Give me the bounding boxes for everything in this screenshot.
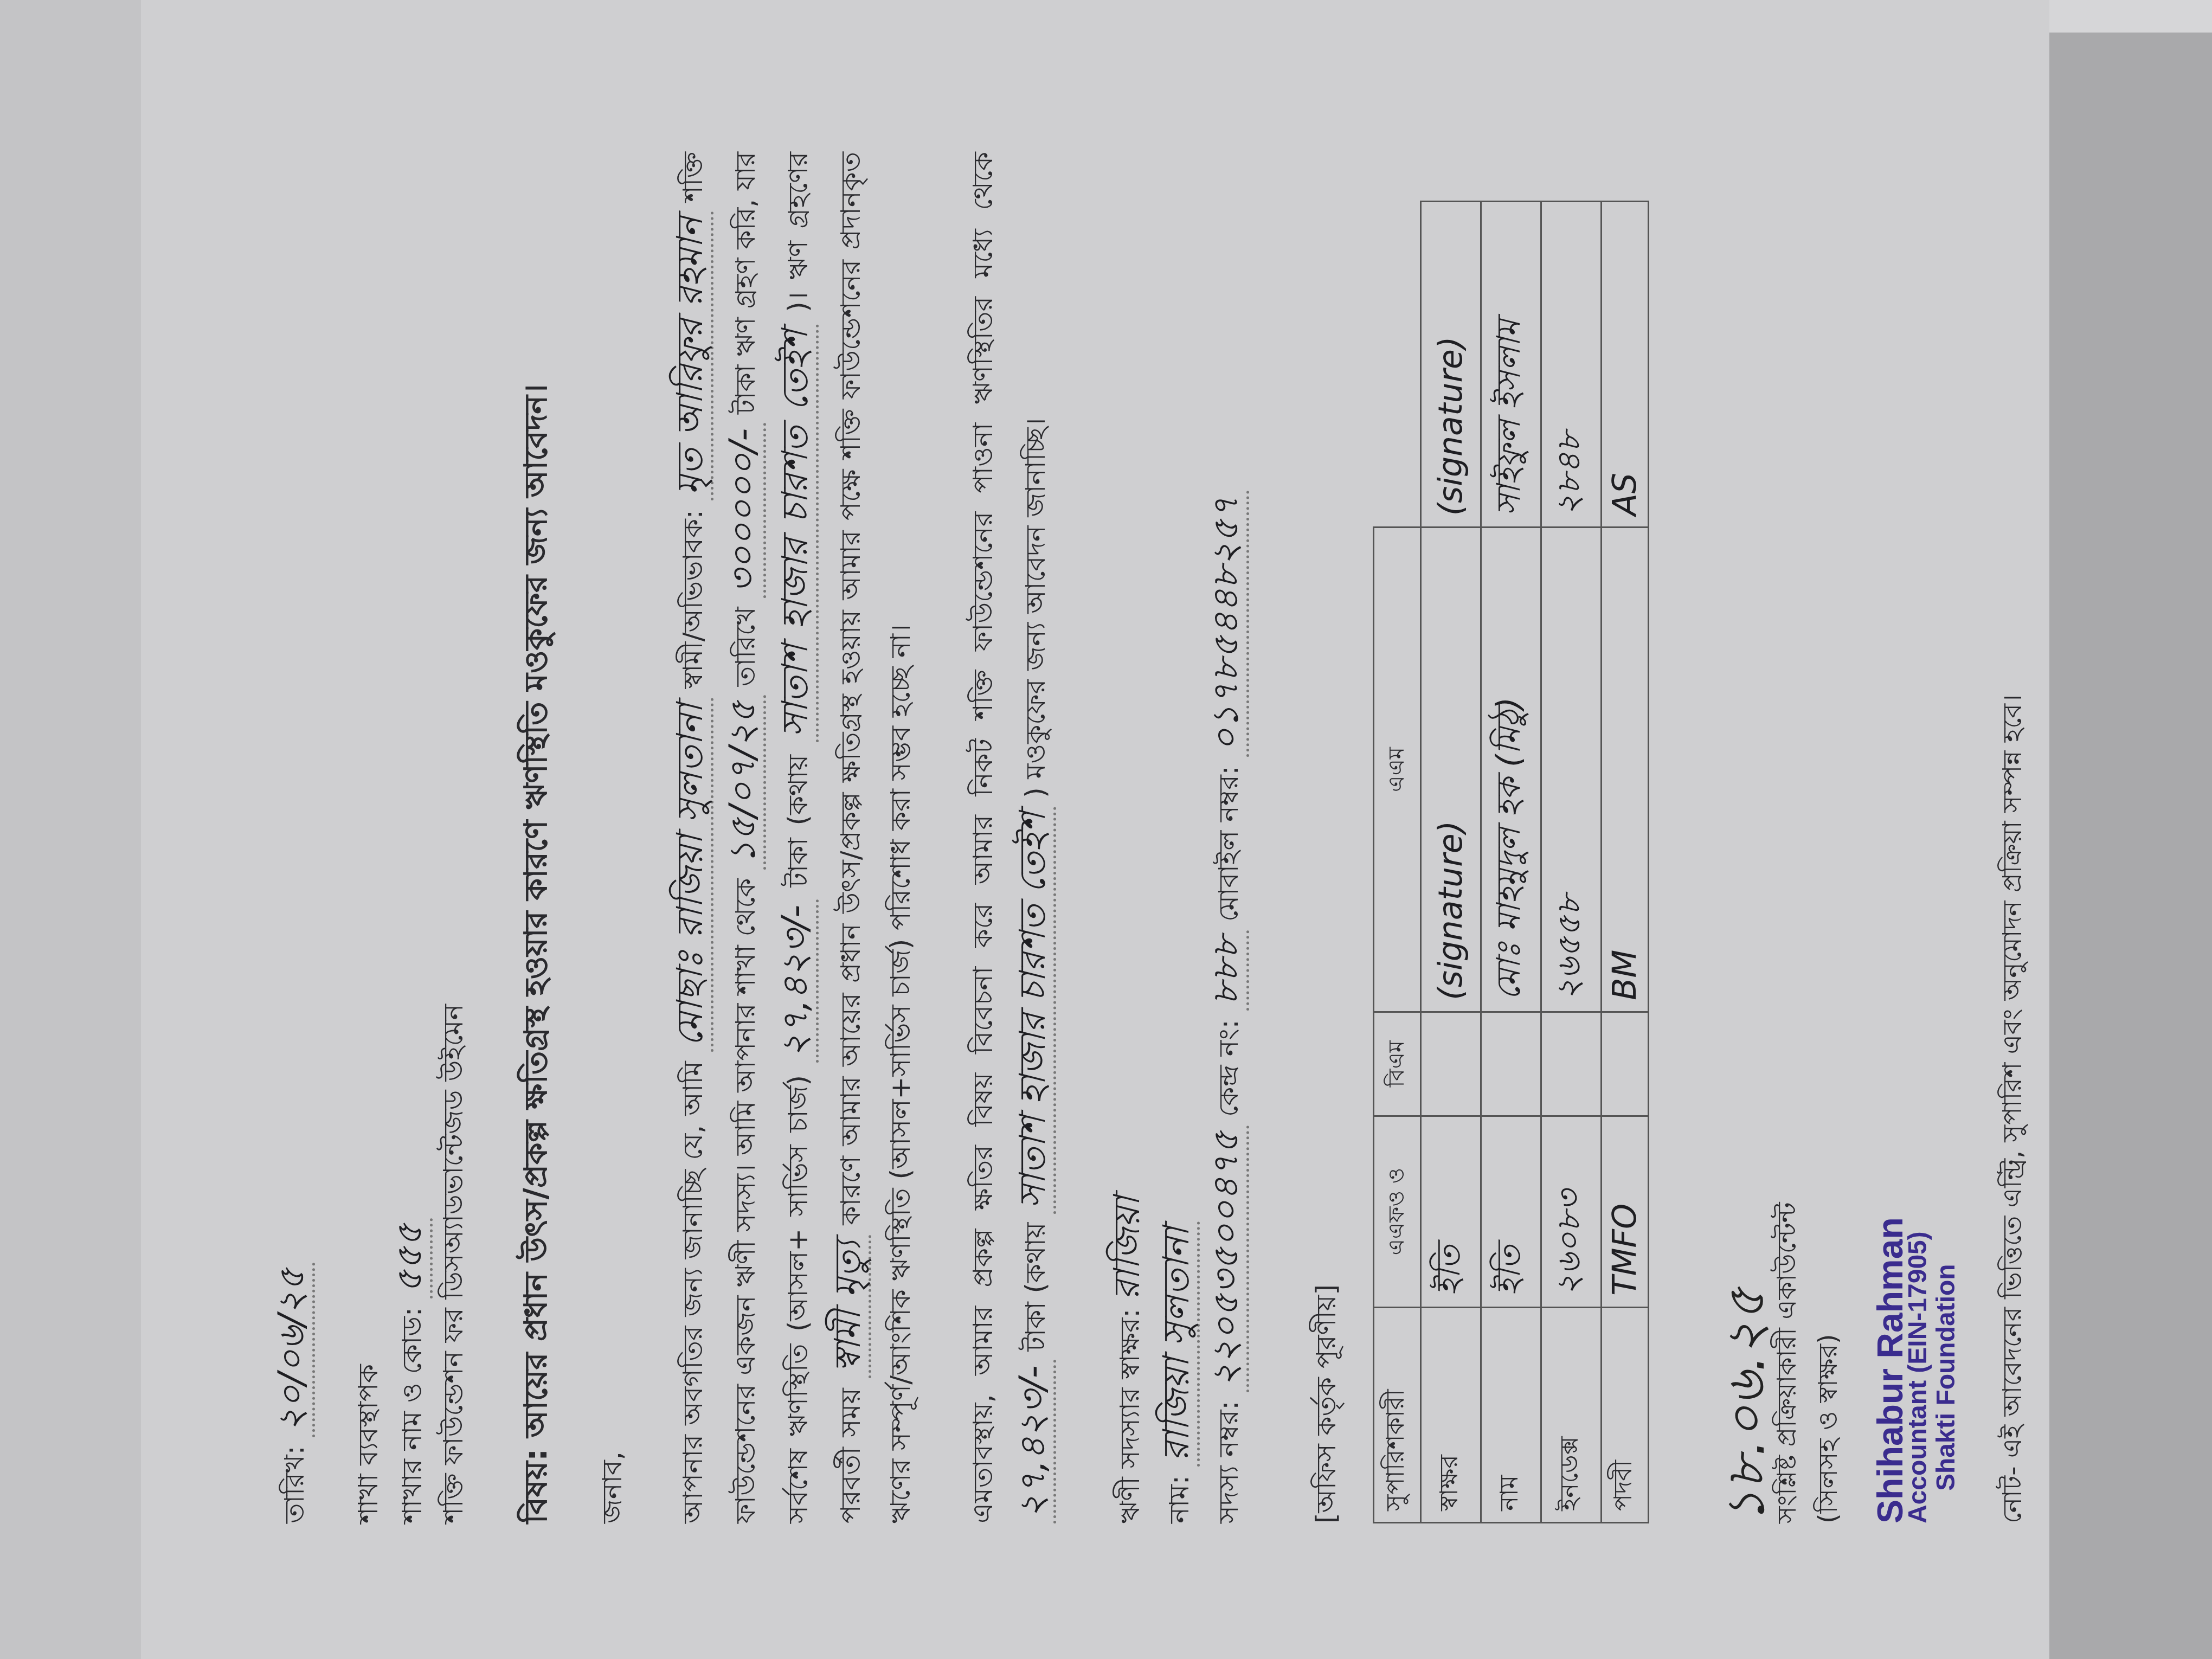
date-label: তারিখ:: [279, 1445, 310, 1523]
name-cell: [1481, 1012, 1541, 1116]
loan-date-field: ১৫/০৭/২৫: [722, 695, 766, 870]
signature-cell: (signature): [1421, 528, 1481, 1012]
para1-text: আপনার অবগতির জন্য জানাচ্ছি যে, আমি: [677, 1061, 709, 1523]
row-label: ইনডেক্স: [1541, 1307, 1602, 1522]
name-cell: মোঃ মাহমুদুল হক (মিঠু): [1481, 528, 1541, 1012]
table-header-row: সুপারিশকারী এএফও ও বিএম এএম: [1374, 202, 1421, 1523]
stamp-name: Shihabur Rahman: [1876, 152, 1904, 1523]
footer-note: নোট- এই আবেদনের ভিত্তিতে এন্ট্রি, সুপারি…: [1993, 152, 2036, 1523]
date-value: ২০/০৬/২৫: [271, 1263, 315, 1437]
center-value: ৮৮৮: [1205, 930, 1249, 1011]
paragraph-application: আপনার অবগতির জন্য জানাচ্ছি যে, আমি মোছাঃ…: [665, 152, 925, 1523]
name-cell: সাইফুল ইসলাম: [1481, 202, 1541, 528]
signature-cell: [1421, 1012, 1481, 1116]
branch-label: শাখার নাম ও কোড:: [396, 1307, 428, 1523]
member-id-value: ২২০৫৩৫০০৪৭৫: [1205, 1126, 1249, 1392]
para1-text: স্বামী/অভিভাবক:: [677, 510, 709, 689]
member-sign-label: ঋণী সদস্যার স্বাক্ষর:: [1114, 1309, 1146, 1523]
header-cell: এএম: [1374, 528, 1421, 1012]
signature-cell: (signature): [1421, 202, 1481, 528]
para2-text: ) মওকুফের জন্য আবেদন জানাচ্ছি।: [1020, 418, 1051, 798]
stamp-title: Accountant (EIN-17905): [1904, 152, 1932, 1523]
member-signature: রাজিয়া: [1106, 1196, 1148, 1300]
table-row: স্বাক্ষর ইতি (signature) (signature): [1421, 202, 1481, 1523]
member-name-value: রাজিয়া সুলতানা: [1155, 1221, 1200, 1467]
background-surface-left: [0, 0, 141, 1659]
mobile-value: ০১৭৮৫৪৪৮২৫৭: [1205, 491, 1249, 757]
loan-amount-field: ৩০০০০০/-: [722, 423, 766, 599]
para1-text: টাকা (কথায়: [782, 755, 814, 888]
outstanding-words-field: সাতাশ হাজার চারশত তেইশ: [774, 324, 819, 742]
paragraph-request: এমতাবস্থায়, আমার প্রকল্প ক্ষতির বিষয় ব…: [958, 152, 1060, 1523]
header-cell: সুপারিশকারী: [1374, 1307, 1421, 1522]
member-signature-block: ঋণী সদস্যার স্বাক্ষর: রাজিয়া নাম: রাজিয…: [1104, 152, 1252, 1523]
office-use-label: [অফিস কর্তৃক পূরণীয়]: [1306, 152, 1351, 1523]
designation-cell: BM: [1602, 528, 1649, 1012]
accountant-subtitle: (সিলসহ ও স্বাক্ষর): [1808, 152, 1849, 1523]
signature-cell: ইতি: [1421, 1116, 1481, 1307]
salutation: জনাব,: [591, 152, 633, 1523]
table-row: ইনডেক্স ২৬০৮৩ ২৬৫৫৮ ২৮৪৮: [1541, 202, 1602, 1523]
addressee: শাখা ব্যবস্থাপক: [348, 152, 389, 1523]
row-label: স্বাক্ষর: [1421, 1307, 1481, 1522]
member-name-label: নাম:: [1163, 1475, 1195, 1523]
branch-line: শাখার নাম ও কোড: ৫৫৫: [389, 152, 433, 1523]
mobile-label: মোবাইল নম্বর:: [1213, 766, 1244, 922]
index-cell: ২৬৫৫৮: [1541, 528, 1602, 1012]
header-cell: এএফও ও: [1374, 1116, 1421, 1307]
waiver-words-field: সাতাশ হাজার চারশত তেইশ: [1012, 807, 1056, 1214]
accountant-signature: ১৮.০৬.২৫: [1725, 152, 1766, 1523]
header-cell: বিএম: [1374, 1012, 1421, 1116]
outstanding-field: ২৭,৪২৩/-: [774, 899, 819, 1063]
index-cell: ২৬০৮৩: [1541, 1116, 1602, 1307]
para1-text: তারিখে: [730, 607, 761, 686]
index-cell: ২৮৪৮: [1541, 202, 1602, 528]
member-name-field: মোছাঃ রাজিয়া সুলতানা: [669, 698, 713, 1052]
stamp-org: Shakti Foundation: [1932, 152, 1960, 1523]
office-use-table: সুপারিশকারী এএফও ও বিএম এএম স্বাক্ষর ইতি…: [1373, 201, 1649, 1523]
date-line: তারিখ: ২০/০৬/২৫: [271, 152, 315, 1523]
application-form-page: তারিখ: ২০/০৬/২৫ শাখা ব্যবস্থাপক শাখার না…: [141, 0, 2049, 1659]
row-label: নাম: [1481, 1307, 1541, 1522]
table-row: পদবী TMFO BM AS: [1602, 202, 1649, 1523]
name-cell: ইতি: [1481, 1116, 1541, 1307]
reason-field: স্বামী মৃত্যু: [827, 1235, 871, 1378]
member-id-label: সদস্য নম্বর:: [1213, 1401, 1244, 1523]
row-label: পদবী: [1602, 1307, 1649, 1522]
organization-name: শক্তি ফাউন্ডেশন ফর ডিসঅ্যাডভান্টেজড উইমে…: [433, 152, 474, 1523]
subject-line: বিষয়: আয়ের প্রধান উৎস/প্রকল্প ক্ষতিগ্র…: [512, 152, 564, 1523]
designation-cell: TMFO: [1602, 1116, 1649, 1307]
index-cell: [1541, 1012, 1602, 1116]
designation-cell: AS: [1602, 202, 1649, 528]
table-row: নাম ইতি মোঃ মাহমুদুল হক (মিঠু) সাইফুল ইস…: [1481, 202, 1541, 1523]
accountant-stamp: Shihabur Rahman Accountant (EIN-17905) S…: [1876, 152, 1960, 1523]
accountant-block: ১৮.০৬.২৫ সংশ্লিষ্ট প্রক্রিয়াকারী একাউন্…: [1725, 152, 1960, 1523]
waiver-amount-field: ২৭,৪২৩/-: [1012, 1360, 1056, 1523]
para2-text: টাকা (কথায়: [1020, 1223, 1051, 1352]
para2-text: এমতাবস্থায়, আমার প্রকল্প ক্ষতির বিষয় ব…: [967, 152, 999, 1523]
center-label: কেন্দ্র নং:: [1213, 1019, 1244, 1117]
guardian-field: মৃত আরিফুর রহমান: [669, 211, 713, 500]
accountant-title: সংশ্লিষ্ট প্রক্রিয়াকারী একাউন্টেন্ট: [1766, 152, 1808, 1523]
branch-value: ৫৫৫: [388, 1218, 433, 1298]
designation-cell: [1602, 1012, 1649, 1116]
background-surface-right: [2033, 0, 2212, 1659]
